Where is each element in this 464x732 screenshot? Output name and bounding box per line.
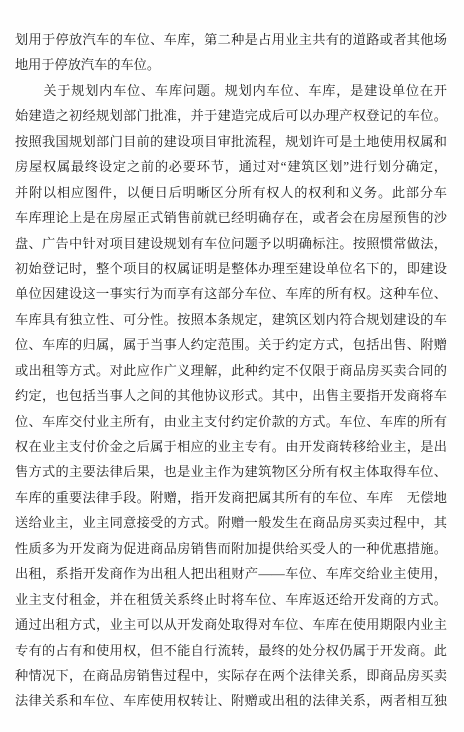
text-line: 车库理论上是在房屋正式销售前就已经明确存在，或者会在房屋预售的沙 xyxy=(15,205,447,230)
document-text: 划用于停放汽车的车位、车库，第二种是占用业主共有的道路或者其他场地用于停放汽车的… xyxy=(15,27,447,714)
text-line: 划用于停放汽车的车位、车库，第二种是占用业主共有的道路或者其他场 xyxy=(15,27,447,52)
text-line: 法律关系和车位、车库使用权转让、附赠或出租的法律关系，两者相互独 xyxy=(15,688,447,713)
text-line: 出租，系指开发商作为出租人把出租财产——车位、车库交给业主使用， xyxy=(15,561,447,586)
text-line: 单位因建设这一事实行为而享有这部分车位、车库的所有权。这种车位、 xyxy=(15,281,447,306)
paragraph: 关于规划内车位、车库问题。规划内车位、车库，是建设单位在开始建造之初经规划部门批… xyxy=(15,78,447,714)
text-line: 种情况下，在商品房销售过程中，实际存在两个法律关系，即商品房买卖 xyxy=(15,663,447,688)
text-line: 初始登记时，整个项目的权属证明是整体办理至建设单位名下的，即建设 xyxy=(15,256,447,281)
text-line: 位、车库交付业主所有，由业主支付约定价款的方式。车位、车库的所有 xyxy=(15,409,447,434)
document-page: 划用于停放汽车的车位、车库，第二种是占用业主共有的道路或者其他场地用于停放汽车的… xyxy=(0,0,464,732)
text-line: 关于规划内车位、车库问题。规划内车位、车库，是建设单位在开 xyxy=(15,78,447,103)
text-line: 并附以相应图件，以便日后明晰区分所有权人的权利和义务。此部分车位、 xyxy=(15,180,447,205)
text-line: 通过出租方式，业主可以从开发商处取得对车位、车库在使用期限内业主 xyxy=(15,612,447,637)
text-line: 送给业主，业主同意接受的方式。附赠一般发生在商品房买卖过程中，其 xyxy=(15,510,447,535)
text-line: 位、车库的归属，属于当事人约定范围。关于约定方式，包括出售、附赠 xyxy=(15,332,447,357)
text-line: 权在业主支付价金之后属于相应的业主专有。由开发商转移给业主，是出 xyxy=(15,434,447,459)
text-line: 始建造之初经规划部门批准，并于建造完成后可以办理产权登记的车位。 xyxy=(15,103,447,128)
paragraph: 划用于停放汽车的车位、车库，第二种是占用业主共有的道路或者其他场地用于停放汽车的… xyxy=(15,27,447,78)
text-line: 业主支付租金，并在租赁关系终止时将车位、车库返还给开发商的方式。 xyxy=(15,587,447,612)
text-line: 性质多为开发商为促进商品房销售而附加提供给买受人的一种优惠措施。 xyxy=(15,536,447,561)
text-line: 约定，也包括当事人之间的其他协议形式。其中，出售主要指开发商将车 xyxy=(15,383,447,408)
text-line: 盘、广告中针对项目建设规划有车位问题予以明确标注。按照惯常做法， xyxy=(15,231,447,256)
text-line: 按照我国规划部门目前的建设项目审批流程，规划许可是土地使用权属和 xyxy=(15,129,447,154)
text-line: 车库具有独立性、可分性。按照本条规定，建筑区划内符合规划建设的车 xyxy=(15,307,447,332)
text-line: 地用于停放汽车的车位。 xyxy=(15,52,447,77)
text-line: 售方式的主要法律后果，也是业主作为建筑物区分所有权主体取得车位、 xyxy=(15,459,447,484)
text-line: 或出租等方式。对此应作广义理解，此种约定不仅限于商品房买卖合同的 xyxy=(15,358,447,383)
text-line: 专有的占有和使用权，但不能自行流转，最终的处分权仍属于开发商。此 xyxy=(15,638,447,663)
text-line: 房屋权属最终设定之前的必要环节，通过对“建筑区划”进行划分确定， xyxy=(15,154,447,179)
text-line: 车库的重要法律手段。附赠，指开发商把属其所有的车位、车库 无偿地 xyxy=(15,485,447,510)
